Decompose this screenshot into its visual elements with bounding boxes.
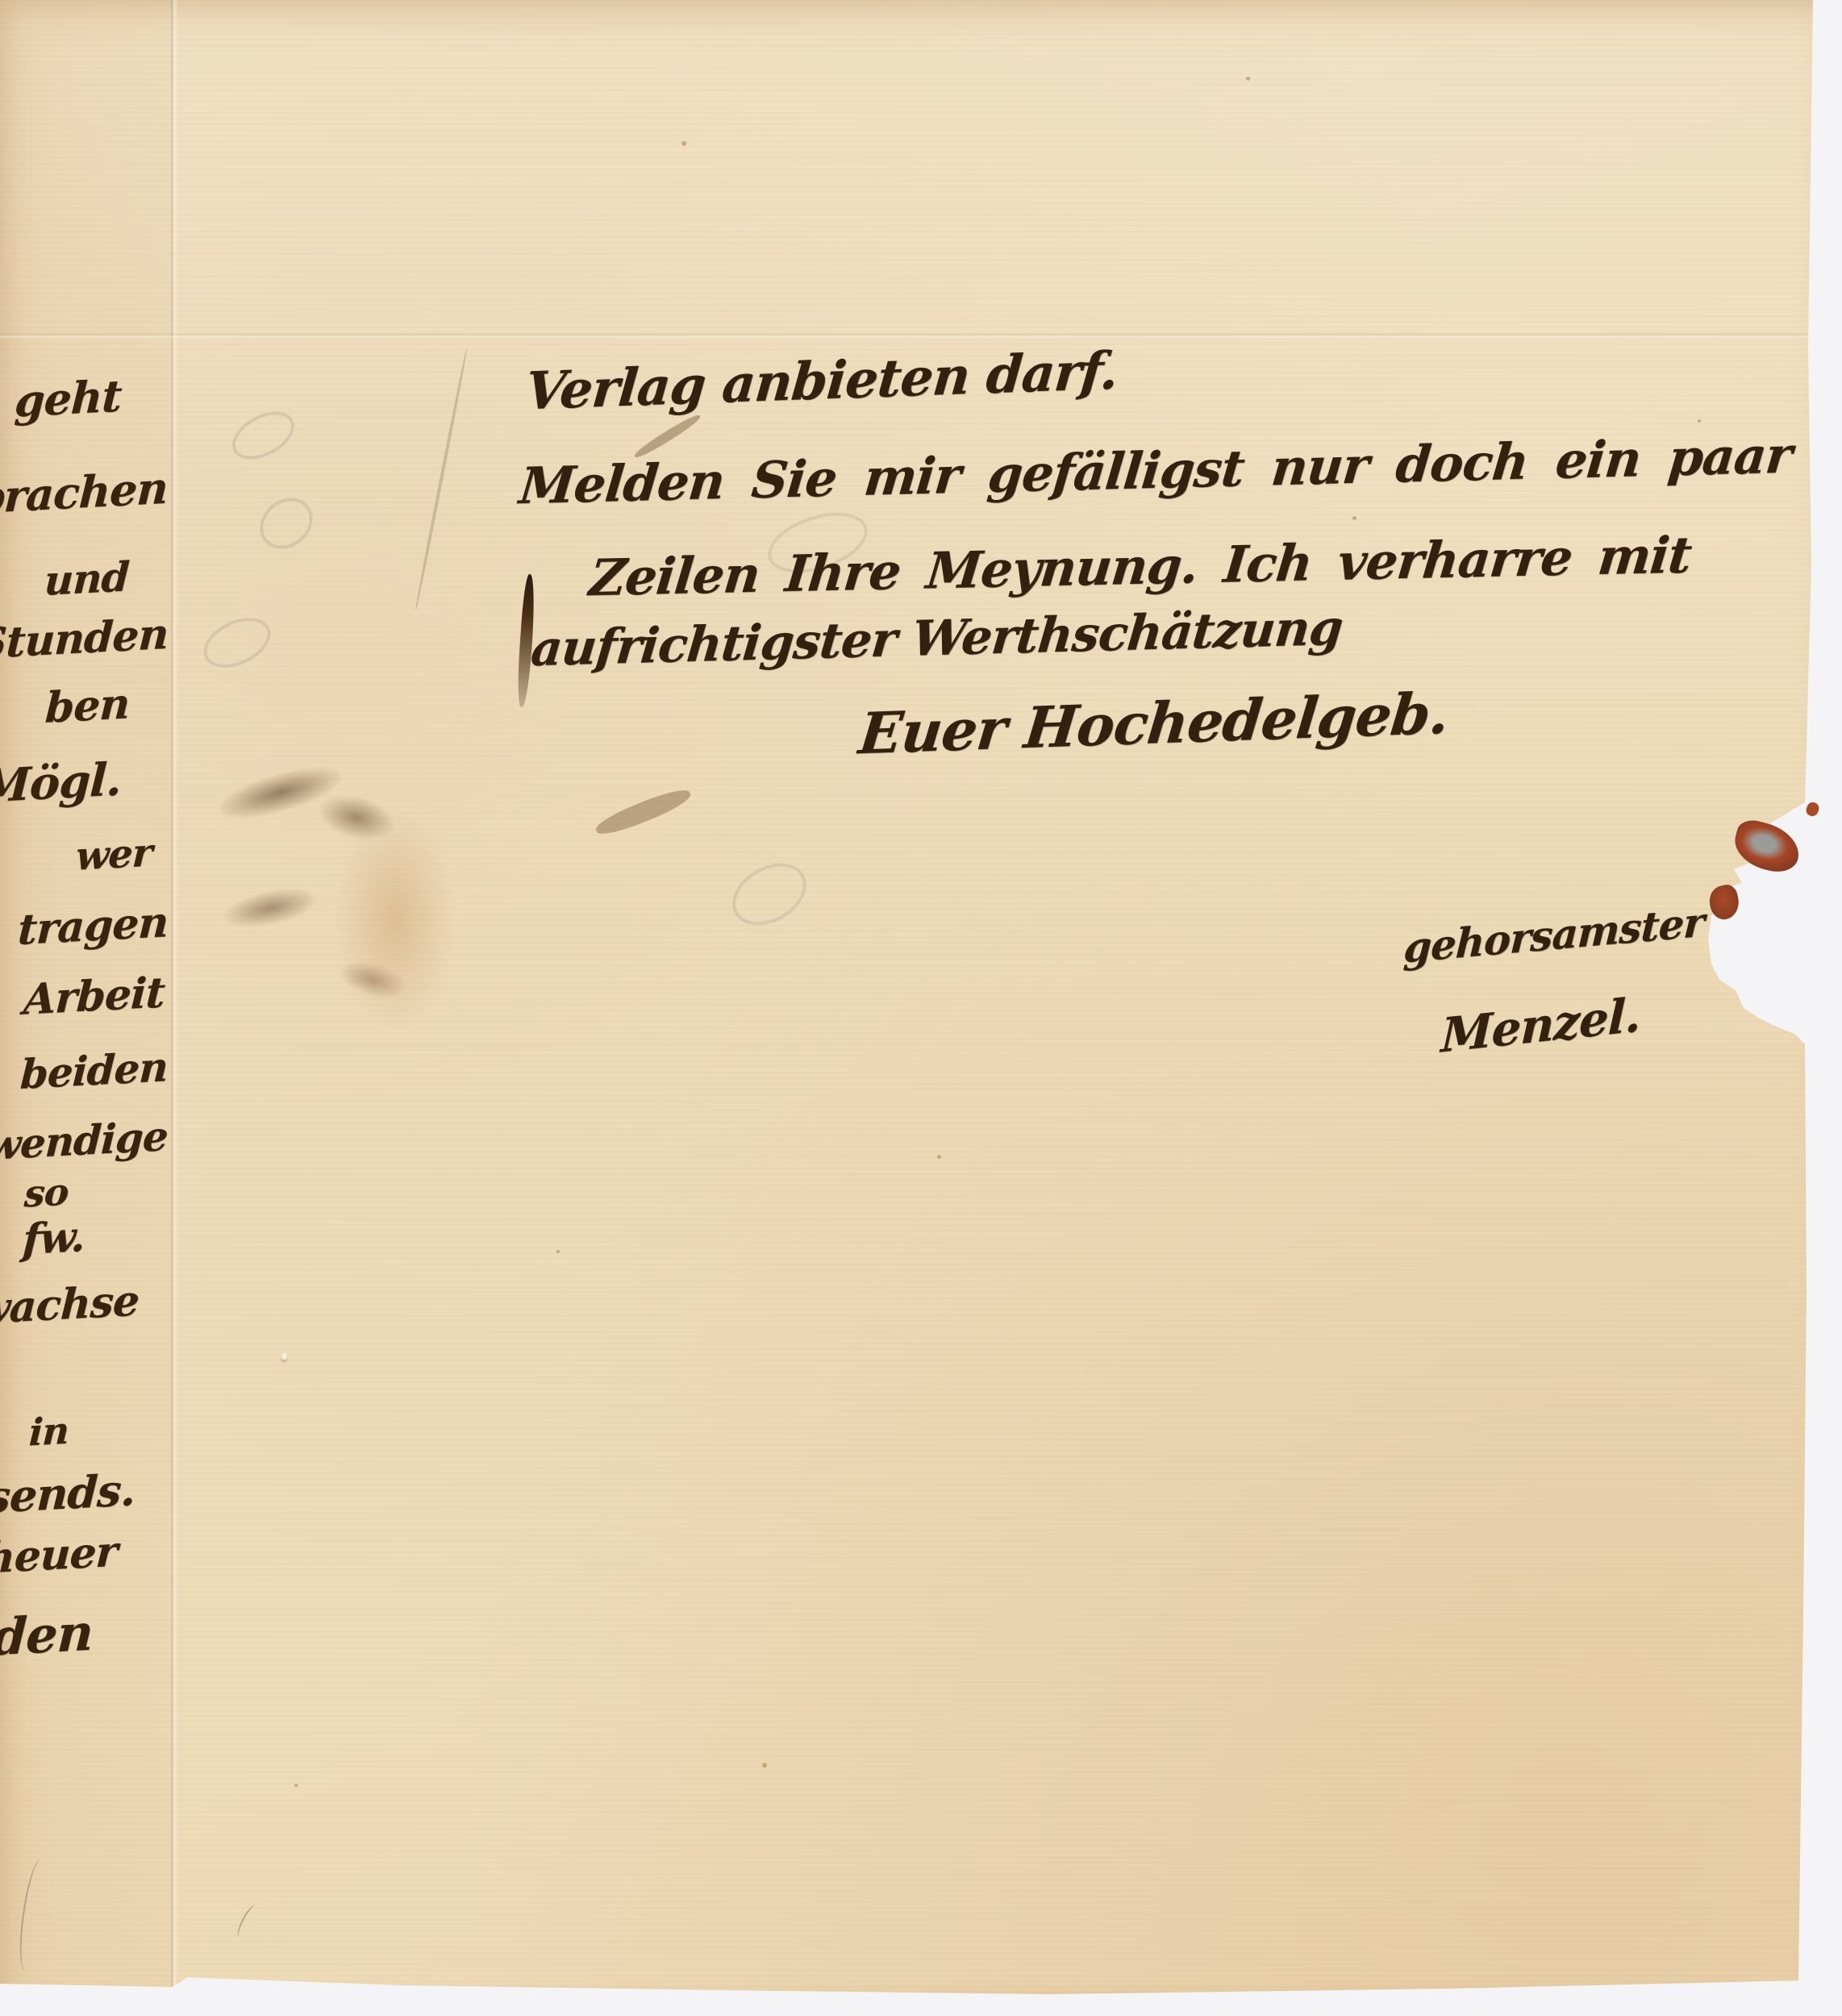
- signature-name: Menzel.: [1440, 987, 1641, 1064]
- left-fragment: heuer: [0, 1527, 118, 1584]
- handwriting-line-5: Euer Hochedelgeb.: [856, 679, 1452, 767]
- left-fragment: Stunden: [0, 610, 169, 669]
- paper-speckle: [1698, 419, 1701, 423]
- left-fragment: und: [44, 552, 131, 605]
- letter-scan: geht Sprachen und Stunden ben Mögl. wer …: [0, 0, 1842, 2016]
- ghost-writing-mark: [593, 784, 694, 839]
- handwriting-line-1: Verlag anbieten darf.: [523, 340, 1120, 422]
- paper-fiber: [234, 1902, 260, 1939]
- handwriting-line-2: Melden Sie mir gefälligst nur doch ein p…: [517, 425, 1794, 515]
- paper-speckle: [762, 1763, 767, 1768]
- left-fragment: wachse: [0, 1277, 140, 1335]
- paper-speckle: [294, 1784, 298, 1787]
- paper-speckle: [556, 1250, 560, 1253]
- paper-sheet: geht Sprachen und Stunden ben Mögl. wer …: [0, 0, 1842, 2016]
- left-fragment: so: [23, 1169, 69, 1215]
- paper-speckle: [1246, 77, 1250, 81]
- ink-smudge: [219, 881, 321, 935]
- handwriting-line-3: Zeilen Ihre Meynung. Ich verharre mit: [587, 525, 1694, 607]
- left-fragment: nden: [0, 1602, 94, 1668]
- handwriting-line-4: aufrichtigster Werthschätzung: [528, 600, 1344, 678]
- left-fragment: wer: [74, 830, 152, 879]
- paper-speckle: [937, 1155, 941, 1159]
- wax-seal-remnant: [1729, 816, 1805, 877]
- left-fragment: geht: [13, 369, 123, 427]
- ghost-writing-mark: [722, 851, 818, 938]
- vertical-fold-crease: [171, 0, 178, 2016]
- ghost-writing-mark: [196, 608, 279, 677]
- left-fragment: tragen: [16, 898, 169, 955]
- signature-closing: gehorsamster Diener: [1402, 884, 1842, 972]
- left-fragment: wendige: [0, 1112, 169, 1169]
- stain: [335, 806, 456, 1032]
- ghost-writing-mark: [224, 402, 302, 469]
- left-fragment: ben: [44, 679, 130, 733]
- left-fragment: Mögl.: [0, 752, 123, 813]
- wax-seal-remnant: [1805, 801, 1821, 818]
- ghost-writing-mark: [250, 487, 323, 559]
- left-fragment: fw.: [21, 1212, 85, 1264]
- horizontal-fold-crease: [0, 334, 1810, 339]
- paper-speckle: [1352, 516, 1356, 520]
- left-fragment: beiden: [19, 1043, 169, 1098]
- left-fragment: Arbeit: [23, 968, 166, 1024]
- left-fragment: in: [28, 1409, 70, 1455]
- pinhole: [281, 1353, 288, 1362]
- ghost-writing-mark: [415, 349, 469, 611]
- paper-speckle: [681, 141, 686, 146]
